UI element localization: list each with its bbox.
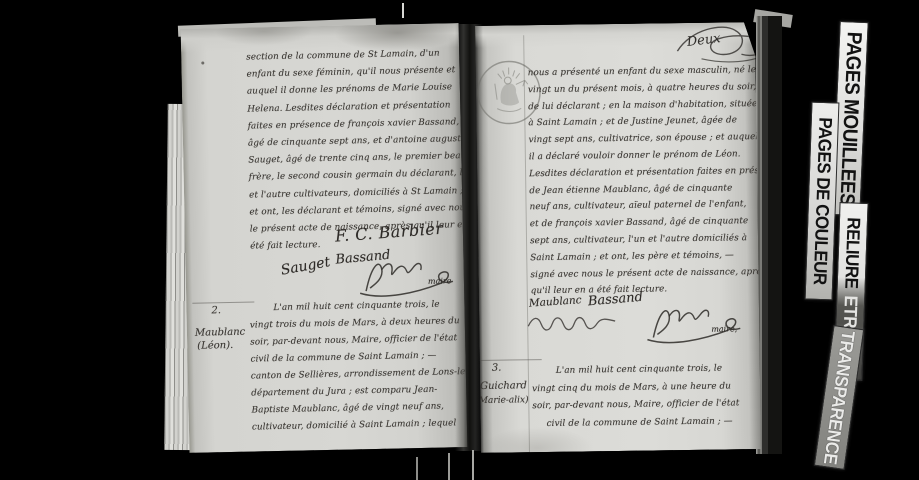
left-page: section de la commune de St Lamain, d'un…	[181, 23, 468, 453]
mayor-signature-flourish	[355, 255, 456, 295]
manuscript-line: soir, par-devant nous, Maire, officier d…	[532, 395, 739, 415]
right-page: Deux nous a présenté un enfant du sexe m…	[475, 22, 761, 453]
manuscript-line: vingt sept ans, cultivatrice, son épouse…	[529, 129, 781, 149]
book-gutter-shadow	[455, 24, 483, 451]
manuscript-line: civil de la commune de Saint Lamain ; —	[532, 413, 739, 433]
label-text: TRANSPARENCE	[819, 329, 859, 465]
microfilm-scan: section de la commune de St Lamain, d'un…	[0, 0, 919, 480]
manuscript-line: sept ans, cultivateur, l'un et l'autre d…	[530, 230, 782, 250]
label-transparence: TRANSPARENCE	[814, 325, 864, 470]
entry3-text: L'an mil huit cent cinquante trois, le v…	[532, 360, 740, 433]
label-pages-de-couleur: PAGES DE COULEUR	[805, 102, 840, 301]
entry2-continuation-text: nous a présenté un enfant du sexe mascul…	[528, 62, 783, 301]
mayor-caption: maire,	[711, 324, 737, 333]
page-word-annotation: Deux	[685, 31, 722, 50]
signature-maublanc: Maublanc	[529, 294, 582, 309]
margin-entry-number: 3.	[492, 363, 502, 374]
film-scratch-mark	[448, 453, 450, 480]
label-text: PAGES DE COULEUR	[808, 117, 835, 285]
signature-sauget: Sauget	[280, 254, 332, 279]
ink-speck	[201, 61, 204, 64]
manuscript-line: Lesdites déclaration et présentation fai…	[529, 163, 781, 183]
margin-entry-forename: (Marie-alix)	[475, 395, 528, 406]
film-scratch-mark	[402, 3, 404, 18]
manuscript-line: L'an mil huit cent cinquante trois, le	[532, 360, 739, 380]
margin-entry-surname: Guichard	[480, 380, 527, 392]
film-scratch-mark	[472, 450, 474, 480]
entry-separator-rule	[476, 359, 542, 361]
illegible-signature-scrawl	[525, 311, 620, 334]
film-scratch-mark	[416, 457, 418, 480]
signature-bassand: Bassand	[587, 290, 643, 310]
margin-entry-forename: (Léon).	[197, 340, 233, 352]
entry-separator-rule	[192, 301, 254, 303]
margin-entry-surname: Maublanc	[195, 327, 245, 339]
label-text: PAGES MOUILLEES	[834, 31, 865, 206]
mayor-caption: maire	[428, 276, 452, 285]
label-text: RELIURE	[840, 217, 864, 289]
margin-entry-number: 2.	[211, 305, 221, 316]
mayor-signature-flourish	[643, 302, 744, 341]
